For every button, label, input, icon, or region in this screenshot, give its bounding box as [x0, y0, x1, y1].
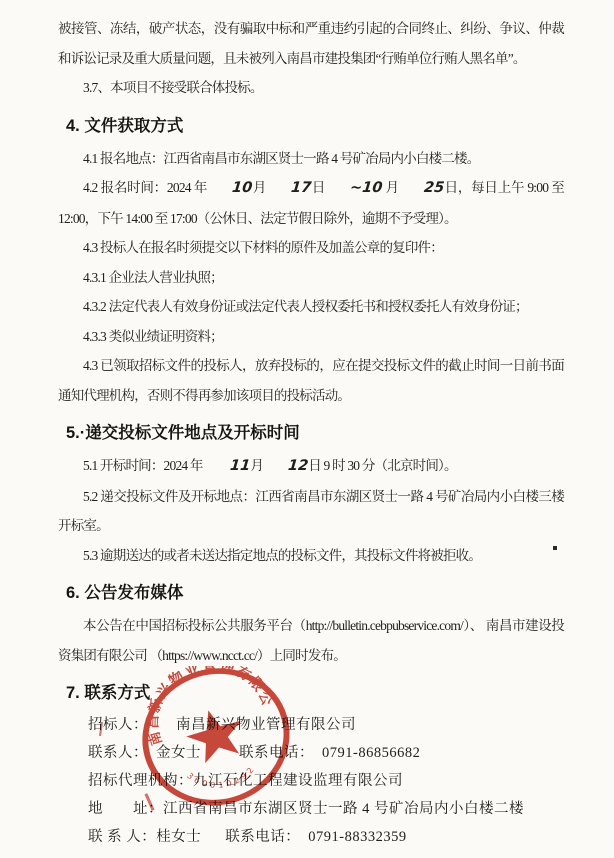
- para-4-1: 4.1 报名地点：江西省南昌市东湖区贤士一路 4 号矿冶局内小白楼二楼。: [58, 144, 564, 174]
- contact-row-tenderee: 招标人：南昌新兴物业管理有限公司: [88, 711, 564, 739]
- para-5-1-seg0: 5.1 开标时间：2024 年: [83, 458, 205, 473]
- para-4-2-seg1: 月: [252, 180, 266, 195]
- para-5-1-seg2: 日 9 时 30 分（北京时间）。: [308, 458, 456, 473]
- para-5-1: 5.1 开标时间：2024 年 11月12日 9 时 30 分（北京时间）。: [58, 451, 564, 482]
- para-5-3: 5.3 逾期送达的或者未送达指定地点的投标文件，其投标文件将被拒收。: [58, 541, 564, 571]
- item-3-7: 3.7、本项目不接受联合体投标。: [58, 73, 564, 103]
- scanned-tender-document: { "doc": { "intro": "被接管、冻结，破产状态，没有骗取中标和…: [0, 0, 614, 858]
- handwritten-open-month: 11: [204, 452, 252, 482]
- section-4-title: 4. 文件获取方式: [66, 115, 564, 137]
- para-4-2-seg3: 月: [382, 180, 398, 195]
- para-4-3-2: 4.3.2 法定代表人有效身份证或法定代表人授权委托书和授权委托人有效身份证；: [58, 292, 564, 322]
- para-4-2-seg0: 4.2 报名时间：2024 年: [83, 180, 207, 195]
- contact-block: 招标人：南昌新兴物业管理有限公司 联系人：金女士联系电话：0791-868566…: [88, 711, 564, 851]
- scan-speck: [553, 546, 557, 550]
- section-6-title: 6. 公告发布媒体: [66, 582, 564, 604]
- contact-row-agency: 招标代理机构：九江石化工程建设监理有限公司: [88, 767, 564, 795]
- document-page: 被接管、冻结，破产状态，没有骗取中标和严重违约引起的合同终止、纠纷、争议、仲裁和…: [0, 0, 614, 858]
- para-4-2: 4.2 报名时间：2024 年10月17日~10 月25日，每日上午 9:00 …: [58, 173, 564, 233]
- contact-row-address: 地 址：江西省南昌市东湖区贤士一路 4 号矿冶局内小白楼二楼: [88, 795, 564, 823]
- section-5-title: 5.·递交投标文件地点及开标时间: [66, 422, 564, 444]
- para-5-1-seg1: 月: [250, 458, 263, 473]
- section-7-title: 7. 联系方式: [66, 682, 564, 704]
- agency-label: 招标代理机构：: [88, 773, 193, 789]
- handwritten-open-day: 12: [262, 452, 310, 482]
- handwritten-month-start: 10: [206, 174, 254, 204]
- handwritten-month-end: ~10: [324, 174, 384, 204]
- para-4-2-seg2: 日: [311, 180, 325, 195]
- contact-row-contact1: 联系人：金女士联系电话：0791-86856682: [88, 739, 564, 767]
- contact2-label: 联 系 人：: [88, 829, 156, 845]
- contact1-name: 金女士: [156, 745, 201, 761]
- tenderee-value: 南昌新兴物业管理有限公司: [176, 717, 356, 733]
- para-5-2: 5.2 递交投标文件及开标地点：江西省南昌市东湖区贤士一路 4 号矿冶局内小白楼…: [58, 482, 564, 541]
- tenderee-label: 招标人：: [88, 717, 148, 733]
- para-4-3: 4.3 投标人在报名时须提交以下材料的原件及加盖公章的复印件：: [58, 233, 564, 263]
- agency-value: 九江石化工程建设监理有限公司: [193, 773, 403, 789]
- contact-row-contact2: 联 系 人：桂女士联系电话：0791-88332359: [88, 823, 564, 851]
- contact2-name: 桂女士: [156, 829, 201, 845]
- handwritten-day-end: 25: [397, 174, 445, 204]
- contact2-phone: 0791-88332359: [308, 829, 406, 845]
- para-4-3-3: 4.3.3 类似业绩证明资料；: [58, 322, 564, 352]
- para-4-3-1: 4.3.1 企业法人营业执照；: [58, 263, 564, 293]
- contact1-label: 联系人：: [88, 745, 148, 761]
- contact1-phone-label: 联系电话：: [239, 745, 314, 761]
- para-6-body: 本公告在中国招标投标公共服务平台（http://bulletin.cebpubs…: [58, 611, 564, 670]
- contact2-phone-label: 联系电话：: [225, 829, 300, 845]
- contact1-phone: 0791-86856682: [322, 745, 420, 761]
- para-intro: 被接管、冻结，破产状态，没有骗取中标和严重违约引起的合同终止、纠纷、争议、仲裁和…: [58, 14, 564, 73]
- address-value: 江西省南昌市东湖区贤士一路 4 号矿冶局内小白楼二楼: [163, 801, 524, 817]
- para-4-3-withdraw: 4.3 已领取招标文件的投标人，放弃投标的，应在提交投标文件的截止时间一日前书面…: [58, 351, 564, 410]
- handwritten-day-start: 17: [265, 174, 313, 204]
